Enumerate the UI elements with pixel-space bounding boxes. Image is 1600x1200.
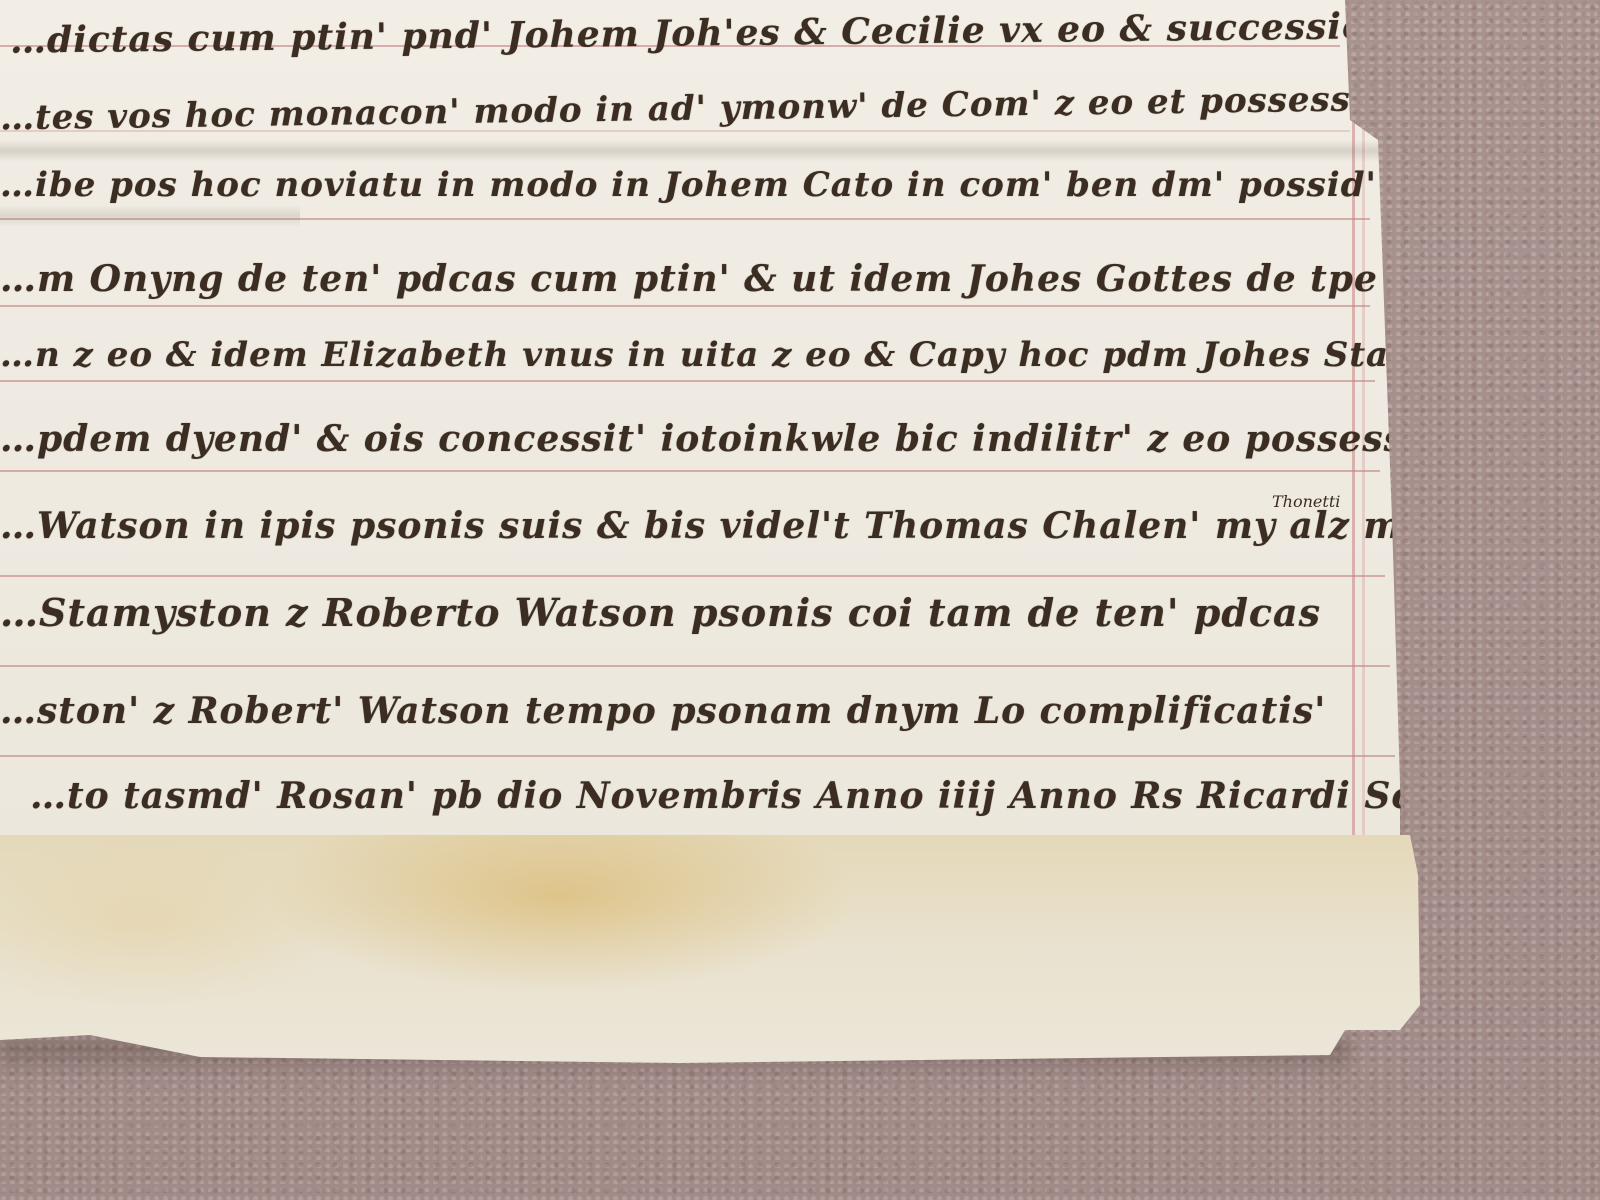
ruled-line: [0, 305, 1370, 307]
manuscript-line-1: …dictas cum ptin' pnd' Johem Joh'es & Ce…: [10, 4, 1458, 61]
manuscript-line-10: …to tasmd' Rosan' pb dio Novembris Anno …: [30, 775, 1455, 817]
plica-fold: [0, 835, 1420, 1065]
ruled-line: [0, 665, 1390, 667]
ruled-line: [0, 575, 1385, 577]
manuscript-line-3: …ibe pos hoc noviatu in modo in Johem Ca…: [0, 165, 1597, 205]
ruled-line: [0, 380, 1375, 382]
fold-crease: [0, 205, 300, 227]
manuscript-line-8: …Stamyston z Roberto Watson psonis coi t…: [0, 590, 1321, 635]
fold-crease: [0, 140, 1400, 162]
manuscript-line-4: …m Onyng de ten' pdcas cum ptin' & ut id…: [0, 258, 1378, 300]
parchment-sheet: …dictas cum ptin' pnd' Johem Joh'es & Ce…: [0, 0, 1400, 860]
manuscript-line-5: …n z eo & idem Elizabeth vnus in uita z …: [0, 335, 1533, 375]
manuscript-line-6: …pdem dyend' & ois concessit' iotoinkwle…: [0, 418, 1405, 460]
manuscript-line-9: …ston' z Robert' Watson tempo psonam dny…: [0, 690, 1326, 732]
ruled-line: [0, 470, 1380, 472]
manuscript-line-7: …Watson in ipis psonis suis & bis videl'…: [0, 505, 1466, 547]
ruled-line: [0, 755, 1395, 757]
